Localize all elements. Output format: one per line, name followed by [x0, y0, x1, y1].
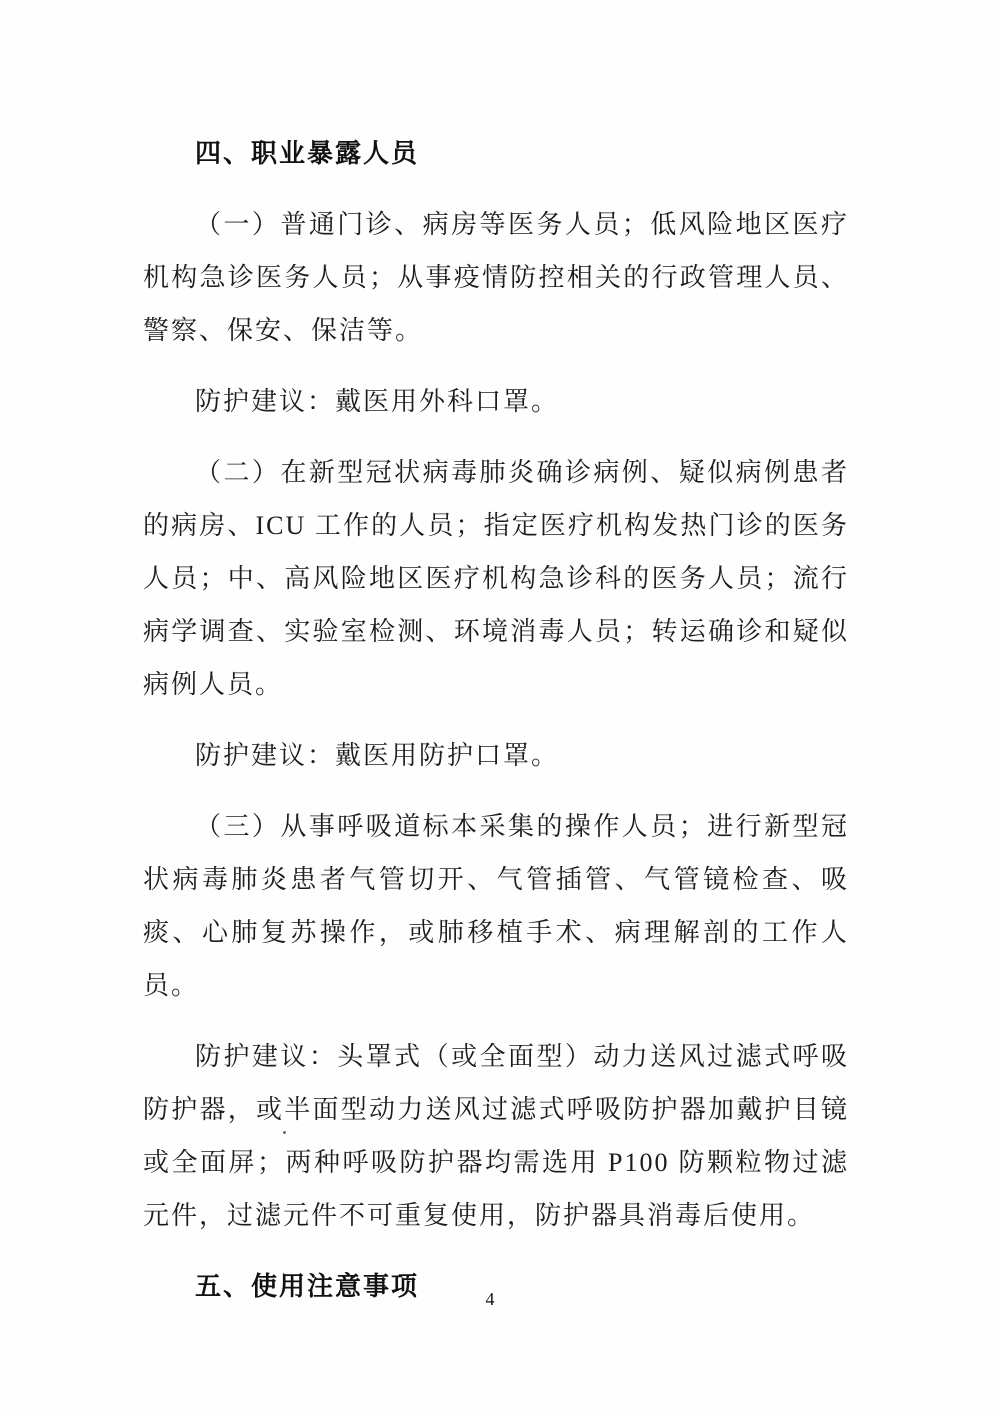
paragraph-category-3: （三）从事呼吸道标本采集的操作人员；进行新型冠状病毒肺炎患者气管切开、气管插管、… [143, 800, 849, 1012]
document-content: 四、职业暴露人员 （一）普通门诊、病房等医务人员；低风险地区医疗机构急诊医务人员… [143, 127, 849, 1313]
paragraph-category-2: （二）在新型冠状病毒肺炎确诊病例、疑似病例患者的病房、ICU 工作的人员；指定医… [143, 446, 849, 711]
scanned-document-page: 四、职业暴露人员 （一）普通门诊、病房等医务人员；低风险地区医疗机构急诊医务人员… [0, 0, 1000, 1414]
section-heading-occupational-exposure: 四、职业暴露人员 [143, 127, 849, 180]
page-number: 4 [0, 1288, 980, 1310]
paragraph-advice-3: 防护建议：头罩式（或全面型）动力送风过滤式呼吸防护器，或半面型动力送风过滤式呼吸… [143, 1030, 849, 1242]
paragraph-advice-2: 防护建议：戴医用防护口罩。 [143, 729, 849, 782]
paragraph-advice-1: 防护建议：戴医用外科口罩。 [143, 375, 849, 428]
paragraph-category-1: （一）普通门诊、病房等医务人员；低风险地区医疗机构急诊医务人员；从事疫情防控相关… [143, 198, 849, 357]
scan-artifact-dot [283, 1131, 286, 1134]
